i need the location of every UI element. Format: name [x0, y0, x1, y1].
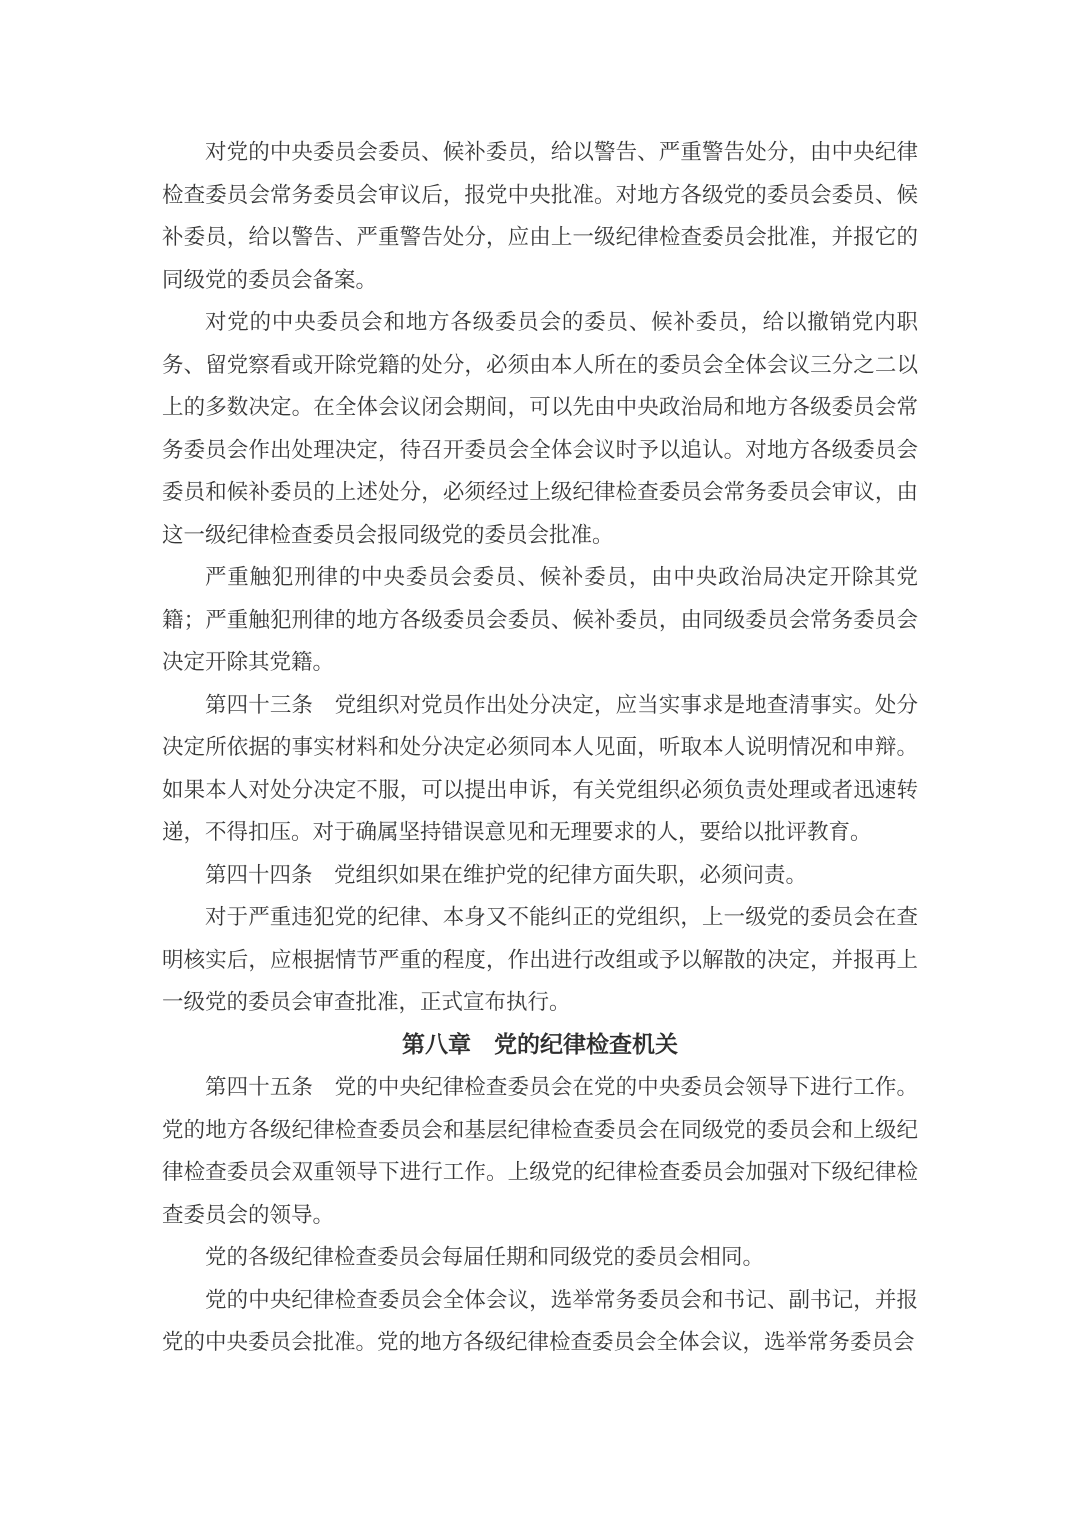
document-content: 对党的中央委员会委员、候补委员，给以警告、严重警告处分，由中央纪律检查委员会常务…: [162, 131, 918, 1364]
paragraph-article-45: 第四十五条 党的中央纪律检查委员会在党的中央委员会领导下进行工作。党的地方各级纪…: [162, 1066, 918, 1236]
paragraph-reorganize-dissolve: 对于严重违犯党的纪律、本身又不能纠正的党组织，上一级党的委员会在查明核实后，应根…: [162, 896, 918, 1024]
document-page: 对党的中央委员会委员、候补委员，给以警告、严重警告处分，由中央纪律检查委员会常务…: [0, 0, 1080, 1527]
chapter-8-heading: 第八章 党的纪律检查机关: [162, 1024, 918, 1067]
paragraph-criminal-expulsion: 严重触犯刑律的中央委员会委员、候补委员，由中央政治局决定开除其党籍；严重触犯刑律…: [162, 556, 918, 684]
paragraph-term-length: 党的各级纪律检查委员会每届任期和同级党的委员会相同。: [162, 1236, 918, 1279]
paragraph-plenary-elections: 党的中央纪律检查委员会全体会议，选举常务委员会和书记、副书记，并报党的中央委员会…: [162, 1279, 918, 1364]
paragraph-warning-central-members: 对党的中央委员会委员、候补委员，给以警告、严重警告处分，由中央纪律检查委员会常务…: [162, 131, 918, 301]
paragraph-article-43: 第四十三条 党组织对党员作出处分决定，应当实事求是地查清事实。处分决定所依据的事…: [162, 684, 918, 854]
paragraph-article-44: 第四十四条 党组织如果在维护党的纪律方面失职，必须问责。: [162, 854, 918, 897]
paragraph-removal-procedures: 对党的中央委员会和地方各级委员会的委员、候补委员，给以撤销党内职务、留党察看或开…: [162, 301, 918, 556]
